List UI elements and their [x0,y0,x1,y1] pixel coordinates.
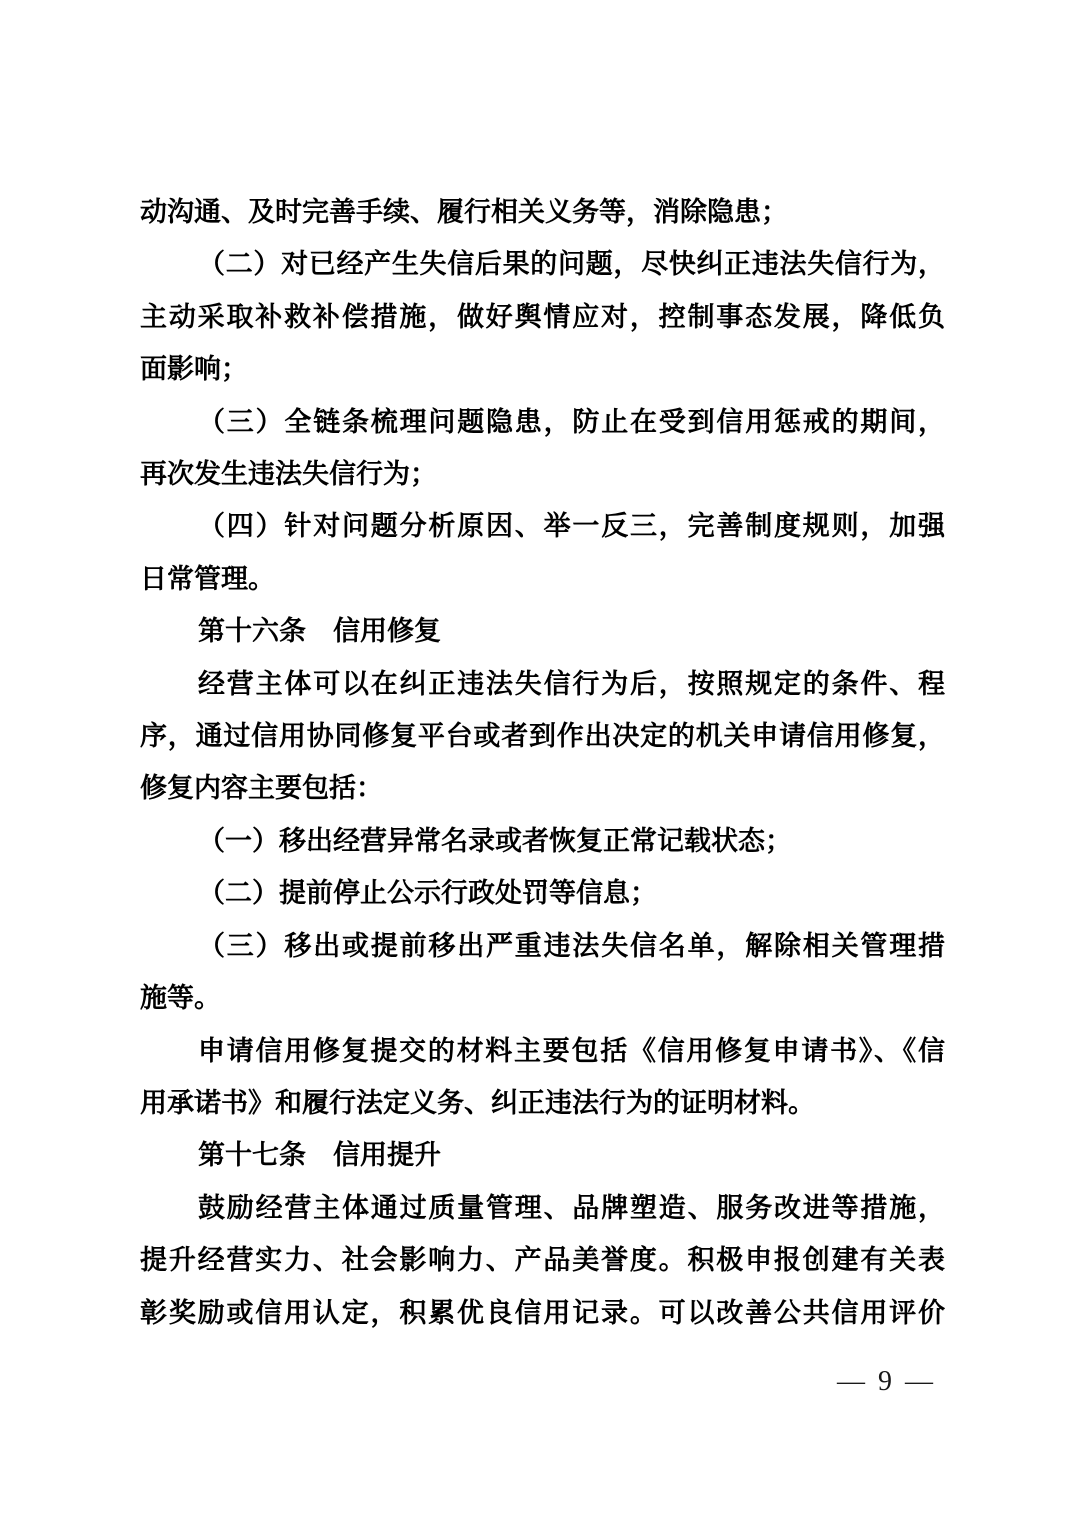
text-line: 再次发生违法失信行为； [140,448,945,500]
text-line: 用承诺书》和履行法定义务、纠正违法行为的证明材料。 [140,1077,945,1129]
text-line: （三）全链条梳理问题隐患，防止在受到信用惩戒的期间， [140,396,945,448]
text-line: 彰奖励或信用认定，积累优良信用记录。可以改善公共信用评价 [140,1287,945,1339]
text-line: 提升经营实力、社会影响力、产品美誉度。积极申报创建有关表 [140,1234,945,1286]
article-heading: 第十七条 信用提升 [140,1129,945,1181]
text-line: （四）针对问题分析原因、举一反三，完善制度规则，加强 [140,500,945,552]
text-line: （一）移出经营异常名录或者恢复正常记载状态； [140,815,945,867]
text-line: （三）移出或提前移出严重违法失信名单，解除相关管理措 [140,920,945,972]
text-line: 动沟通、及时完善手续、履行相关义务等，消除隐患； [140,186,945,238]
document-text-block: 动沟通、及时完善手续、履行相关义务等，消除隐患； （二）对已经产生失信后果的问题… [140,186,945,1339]
text-line: 申请信用修复提交的材料主要包括《信用修复申请书》、《信 [140,1025,945,1077]
text-line: 主动采取补救补偿措施，做好舆情应对，控制事态发展，降低负 [140,291,945,343]
text-line: 序，通过信用协同修复平台或者到作出决定的机关申请信用修复， [140,710,945,762]
text-line: 日常管理。 [140,553,945,605]
text-line: 经营主体可以在纠正违法失信行为后，按照规定的条件、程 [140,658,945,710]
article-heading: 第十六条 信用修复 [140,605,945,657]
text-line: （二）对已经产生失信后果的问题，尽快纠正违法失信行为， [140,238,945,290]
text-line: 鼓励经营主体通过质量管理、品牌塑造、服务改进等措施， [140,1182,945,1234]
document-page: 动沟通、及时完善手续、履行相关义务等，消除隐患； （二）对已经产生失信后果的问题… [0,0,1074,1520]
text-line: 施等。 [140,972,945,1024]
text-line: 面影响； [140,343,945,395]
text-line: 修复内容主要包括： [140,762,945,814]
page-number: — 9 — [837,1366,936,1398]
text-line: （二）提前停止公示行政处罚等信息； [140,867,945,919]
